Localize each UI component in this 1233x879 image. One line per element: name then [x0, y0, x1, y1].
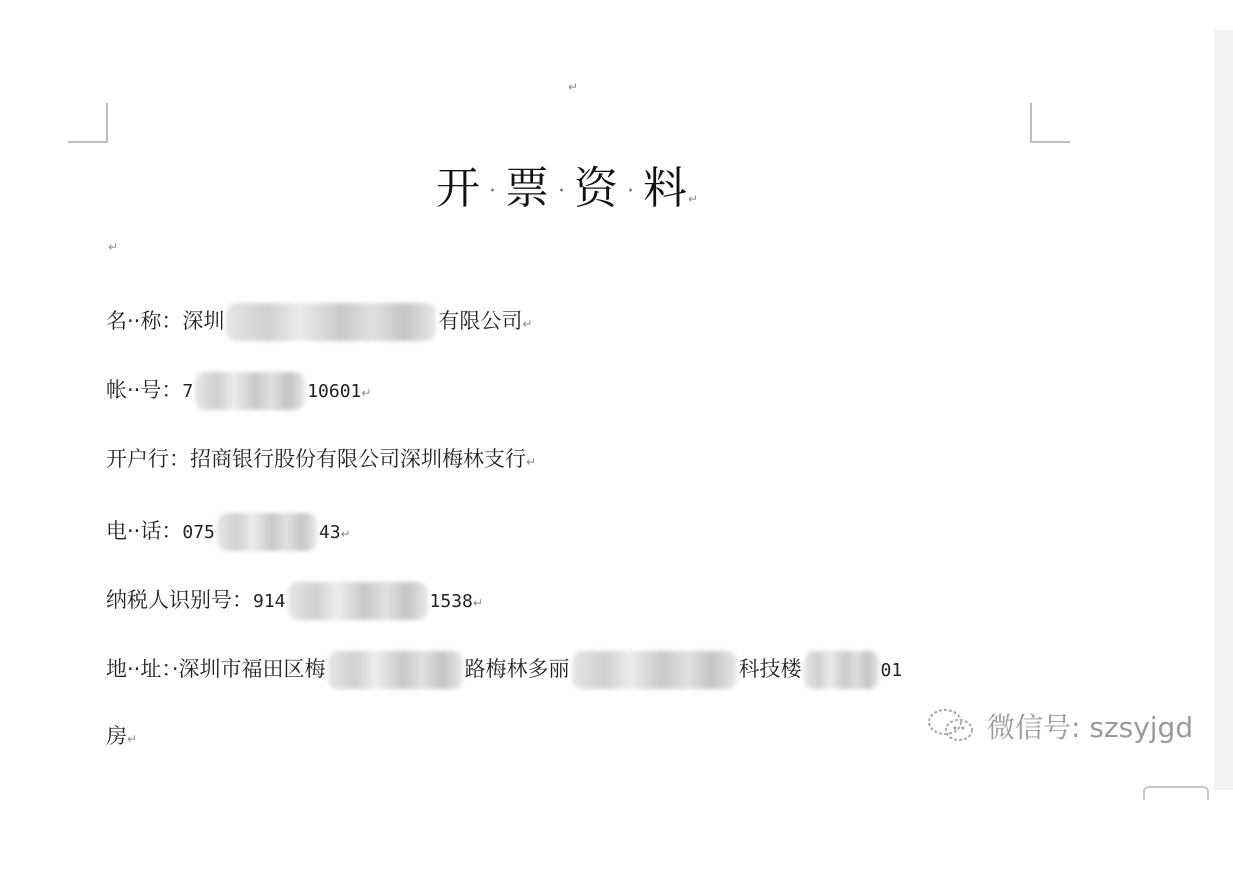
- field-label: 纳税人识别号：: [106, 588, 253, 612]
- field-account-number: 帐··号：710601↵: [106, 372, 371, 410]
- scrollbar-track[interactable]: [1214, 30, 1233, 790]
- field-label: 地··址：: [106, 657, 172, 681]
- title-char: 开: [436, 163, 481, 214]
- title-char: 资: [574, 163, 619, 214]
- field-phone: 电··话：07543↵: [106, 513, 351, 551]
- redacted-block: [195, 372, 305, 410]
- page-tab-handle[interactable]: [1143, 786, 1209, 800]
- margin-corner-top-left: [68, 103, 108, 143]
- wechat-watermark: 微信号: szsyjgd: [925, 706, 1193, 746]
- redacted-block: [288, 582, 428, 620]
- field-label: 名··称：: [106, 309, 182, 333]
- redacted-block: [328, 651, 463, 689]
- margin-corner-top-right: [1030, 103, 1070, 143]
- paragraph-mark: ↵: [568, 80, 578, 94]
- field-bank: 开户行：招商银行股份有限公司深圳梅林支行↵: [106, 443, 536, 473]
- title-char: 料: [643, 163, 688, 214]
- redacted-block: [217, 513, 317, 551]
- wechat-icon: [925, 706, 979, 746]
- field-label: 开户行：: [106, 447, 190, 471]
- document-page: ↵ 开·票·资·料↵ ↵ 名··称：深圳有限公司↵ 帐··号：710601↵ 开…: [0, 0, 1233, 879]
- redacted-block: [804, 651, 879, 689]
- field-address: 地··址：·深圳市福田区梅路梅林多丽科技楼01: [106, 651, 902, 689]
- field-tax-id: 纳税人识别号：9141538↵: [106, 582, 483, 620]
- redacted-block: [226, 303, 436, 341]
- watermark-text: 微信号: szsyjgd: [987, 706, 1193, 746]
- document-title: 开·票·资·料↵: [436, 152, 699, 216]
- field-label: 帐··号：: [106, 378, 182, 402]
- field-company-name: 名··称：深圳有限公司↵: [106, 303, 532, 341]
- redacted-block: [572, 651, 737, 689]
- field-address-continuation: 房↵: [106, 720, 137, 750]
- field-label: 电··话：: [106, 519, 182, 543]
- paragraph-mark: ↵: [108, 240, 118, 254]
- title-char: 票: [505, 163, 550, 214]
